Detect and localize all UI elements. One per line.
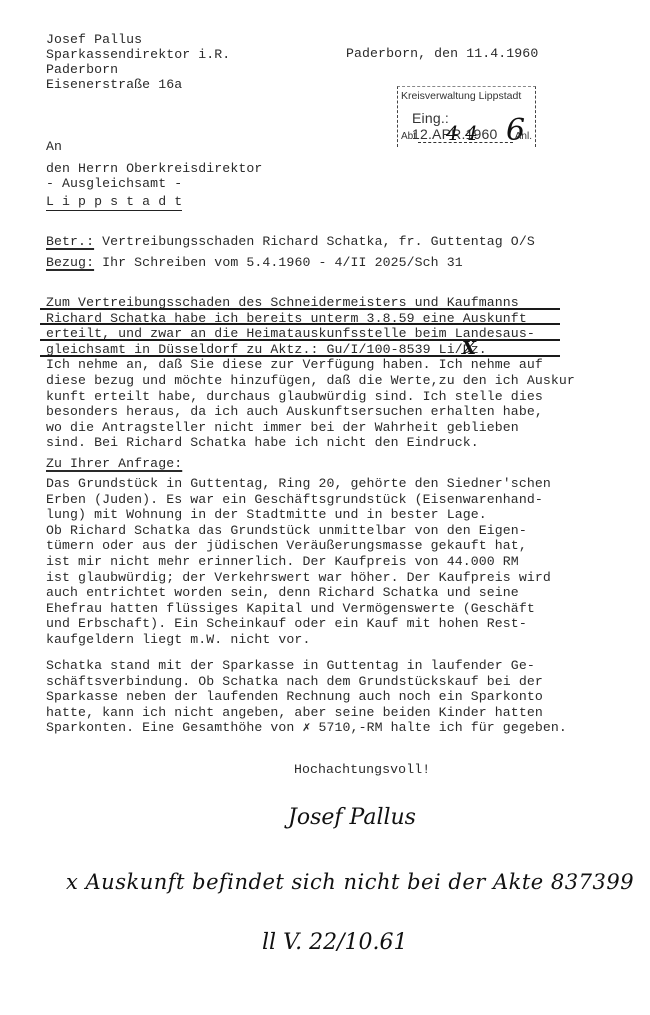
bezug-text: Ihr Schreiben vom 5.4.1960 - 4/II 2025/S… — [94, 255, 463, 270]
underline-3 — [40, 339, 560, 341]
receipt-stamp: Kreisverwaltung Lippstadt Eing.: 12.APR.… — [397, 86, 536, 147]
paragraph-line: Schatka stand mit der Sparkasse in Gutte… — [46, 658, 535, 674]
paragraph-line: lung) mit Wohnung in der Stadtmitte und … — [46, 507, 487, 523]
subject-bezug: Bezug: Ihr Schreiben vom 5.4.1960 - 4/II… — [46, 255, 463, 271]
paragraph-line: Ehefrau hatten flüssiges Kapital und Ver… — [46, 601, 535, 617]
subject-betr: Betr.: Vertreibungsschaden Richard Schat… — [46, 234, 535, 250]
recipient-city: L i p p s t a d t — [46, 194, 182, 211]
section-heading: Zu Ihrer Anfrage: — [46, 456, 182, 472]
paragraph-line: kunft erteilt habe, durchaus glaubwürdig… — [46, 389, 543, 405]
paragraph-line: besonders heraus, da ich auch Auskunftse… — [46, 404, 543, 420]
underline-4 — [40, 355, 560, 357]
sender-city: Paderborn — [46, 62, 118, 78]
recipient-line2: - Ausgleichsamt - — [46, 176, 182, 192]
stamp-anl-label: Anl. — [515, 131, 532, 142]
recipient-salutation: An — [46, 139, 62, 155]
recipient-line1: den Herrn Oberkreisdirektor — [46, 161, 262, 177]
sender-name: Josef Pallus — [46, 32, 142, 48]
paragraph-line: wo die Antragsteller nicht immer bei der… — [46, 420, 519, 436]
paragraph-line: ist mir nicht mehr erinnerlich. Der Kauf… — [46, 554, 519, 570]
paragraph-line: Ich nehme an, daß Sie diese zur Verfügun… — [46, 357, 543, 373]
paragraph-line: sind. Bei Richard Schatka habe ich nicht… — [46, 435, 479, 451]
betr-text: Vertreibungsschaden Richard Schatka, fr.… — [94, 234, 535, 249]
paragraph-line: tümern oder aus der jüdischen Veräußerun… — [46, 538, 527, 554]
handwritten-initials: ll V. 22/10.61 — [262, 930, 407, 955]
signature: Josef Pallus — [288, 805, 416, 830]
paragraph-line: Das Grundstück in Guttentag, Ring 20, ge… — [46, 476, 551, 492]
paragraph-line: hatte, kann ich nicht angeben, aber sein… — [46, 705, 543, 721]
paragraph-line: Erben (Juden). Es war ein Geschäftsgrund… — [46, 492, 543, 508]
stamp-divider — [418, 142, 513, 143]
underline-1 — [40, 308, 560, 310]
bezug-label: Bezug: — [46, 255, 94, 270]
paragraph-line: Ob Richard Schatka das Grundstück unmitt… — [46, 523, 527, 539]
closing: Hochachtungsvoll! — [294, 762, 430, 778]
margin-x-mark: X — [462, 338, 476, 359]
sender-street: Eisenerstraße 16a — [46, 77, 182, 93]
paragraph-line: Sparkasse neben der laufenden Rechnung a… — [46, 689, 543, 705]
stamp-office: Kreisverwaltung Lippstadt — [401, 90, 521, 102]
paragraph-line: auch entrichtet worden sein, denn Richar… — [46, 585, 519, 601]
paragraph-line: und Erbschaft). Ein Scheinkauf oder ein … — [46, 616, 527, 632]
paragraph-line: schäftsverbindung. Ob Schatka nach dem G… — [46, 674, 543, 690]
paragraph-line: ist glaubwürdig; der Verkehrswert war hö… — [46, 570, 551, 586]
place-date: Paderborn, den 11.4.1960 — [346, 46, 538, 62]
paragraph-line: diese bezug und möchte hinzufügen, daß d… — [46, 373, 575, 389]
sender-title: Sparkassendirektor i.R. — [46, 47, 230, 63]
paragraph-line: kaufgeldern liegt m.W. nicht vor. — [46, 632, 310, 648]
betr-label: Betr.: — [46, 234, 94, 249]
underline-2 — [40, 323, 560, 325]
paragraph-line: Sparkonten. Eine Gesamthöhe von ✗ 5710,-… — [46, 720, 567, 736]
handwritten-note: x Auskunft befindet sich nicht bei der A… — [66, 870, 634, 894]
